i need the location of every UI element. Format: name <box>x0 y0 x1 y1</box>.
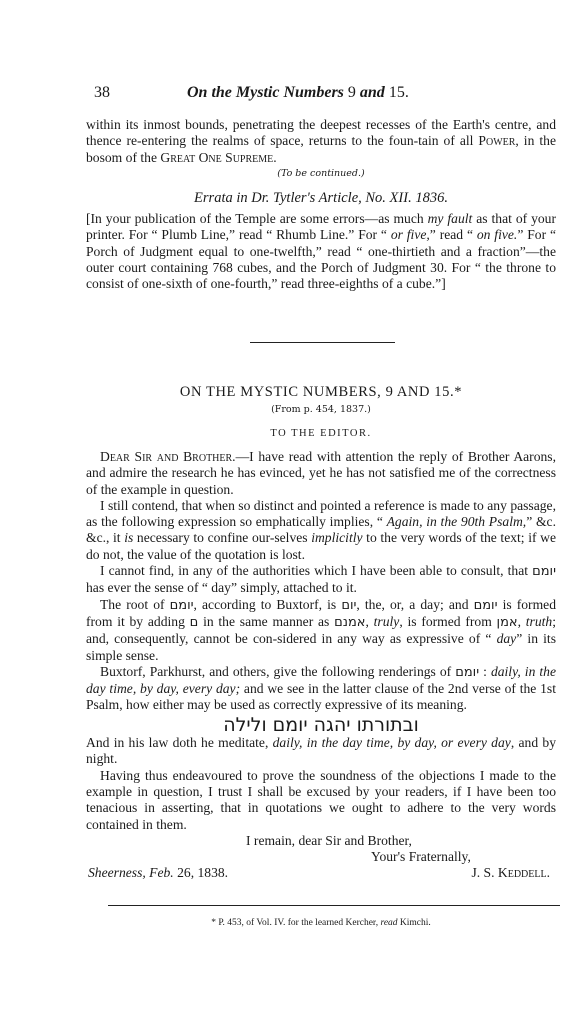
addressee: TO THE EDITOR. <box>86 428 556 439</box>
running-header: 38 On the Mystic Numbers 9 and 15. <box>94 84 554 104</box>
text: , according to Buxtorf, is <box>194 597 342 612</box>
text: I cannot find, in any of the authorities… <box>100 563 532 578</box>
text: , the, or, a day; and <box>356 597 473 612</box>
text: , <box>518 614 526 629</box>
place: Sheerness, Feb. <box>88 865 174 880</box>
document-page: 38 On the Mystic Numbers 9 and 15. withi… <box>0 0 581 1018</box>
hebrew-word: אמן <box>497 615 518 630</box>
hebrew-word: יומם <box>170 598 194 613</box>
paragraph: Buxtorf, Parkhurst, and others, give the… <box>86 664 556 714</box>
place-date: Sheerness, Feb. 26, 1838. <box>88 865 228 881</box>
date: 26, 1838. <box>174 865 228 880</box>
hebrew-word: יום <box>341 598 356 613</box>
salutation: Dear Sir and Brother. <box>100 449 236 464</box>
text-italic: truly <box>374 614 400 629</box>
paragraph: I still contend, that when so distinct a… <box>86 498 556 563</box>
running-title: On the Mystic Numbers 9 and 15. <box>187 84 409 102</box>
text: . <box>273 150 276 165</box>
closing-line: I remain, dear Sir and Brother, <box>86 833 556 849</box>
hebrew-word: אמנם <box>334 615 365 630</box>
text: ” read “ <box>430 227 477 242</box>
text-italic: implicitly <box>311 530 362 545</box>
text-italic: my fault <box>428 211 473 226</box>
text-italic: Again, in the 90th Psalm, <box>387 514 527 529</box>
running-title-text: On the Mystic Numbers <box>187 84 348 101</box>
hebrew-word: יומם <box>455 665 479 680</box>
footnote: * P. 453, of Vol. IV. for the learned Ke… <box>86 918 556 928</box>
text-italic: truth <box>526 614 552 629</box>
text-italic: or five, <box>391 227 430 242</box>
text-smallcaps: Power <box>478 133 515 148</box>
running-title-number: 9 <box>348 84 356 101</box>
text: And in his law doth he meditate, <box>86 735 273 750</box>
running-title-number: 15. <box>389 84 409 101</box>
footnote-divider <box>108 905 560 906</box>
closing-line: Your's Fraternally, <box>86 849 556 865</box>
running-title-text: and <box>356 84 389 101</box>
paragraph: And in his law doth he meditate, daily, … <box>86 735 556 768</box>
text: : <box>479 664 491 679</box>
to-be-continued: (To be continued.) <box>86 168 556 179</box>
paragraph: Having thus endeavoured to prove the sou… <box>86 768 556 833</box>
paragraph: The root of יומם, according to Buxtorf, … <box>86 597 556 664</box>
section-divider <box>250 342 395 343</box>
hebrew-letter: ם <box>190 615 199 630</box>
article-title: ON THE MYSTIC NUMBERS, 9 AND 15.* <box>86 384 556 401</box>
text: [In your publication of the Temple are s… <box>86 211 428 226</box>
text: Buxtorf, Parkhurst, and others, give the… <box>100 664 455 679</box>
continued-paragraph: within its inmost bounds, penetrating th… <box>86 117 556 166</box>
text: in the same manner as <box>198 614 334 629</box>
text-smallcaps: Great One Supreme <box>160 150 273 165</box>
hebrew-verse: ובתורתו יהגה יומם ולילה <box>86 717 556 733</box>
errata-paragraph: [In your publication of the Temple are s… <box>86 211 556 292</box>
errata-heading: Errata in Dr. Tytler's Article, No. XII.… <box>86 190 556 207</box>
hebrew-word: יומם <box>474 598 498 613</box>
text: * P. 453, of Vol. IV. for the learned Ke… <box>211 918 380 928</box>
signature: J. S. Keddell. <box>471 865 550 881</box>
text-italic: daily, in the day time, by day, or every… <box>273 735 511 750</box>
text-italic: is <box>124 530 133 545</box>
hebrew-word: יומם <box>532 564 556 579</box>
text: , <box>365 614 373 629</box>
article-source: (From p. 454, 1837.) <box>86 404 556 415</box>
text: , is formed from <box>399 614 496 629</box>
text-italic: on five. <box>477 227 517 242</box>
text: The root of <box>100 597 170 612</box>
text: Kimchi. <box>398 918 431 928</box>
signature-line: Sheerness, Feb. 26, 1838. J. S. Keddell. <box>86 865 556 882</box>
text: has ever the sense of “ day” simply, att… <box>86 580 357 595</box>
page-number: 38 <box>94 84 110 102</box>
paragraph: Dear Sir and Brother.—I have read with a… <box>86 449 556 498</box>
text-italic: read <box>380 918 397 928</box>
article-body: Dear Sir and Brother.—I have read with a… <box>86 449 556 882</box>
paragraph: I cannot find, in any of the authorities… <box>86 563 556 597</box>
text-italic: day <box>497 631 517 646</box>
text: necessary to confine our-selves <box>133 530 311 545</box>
